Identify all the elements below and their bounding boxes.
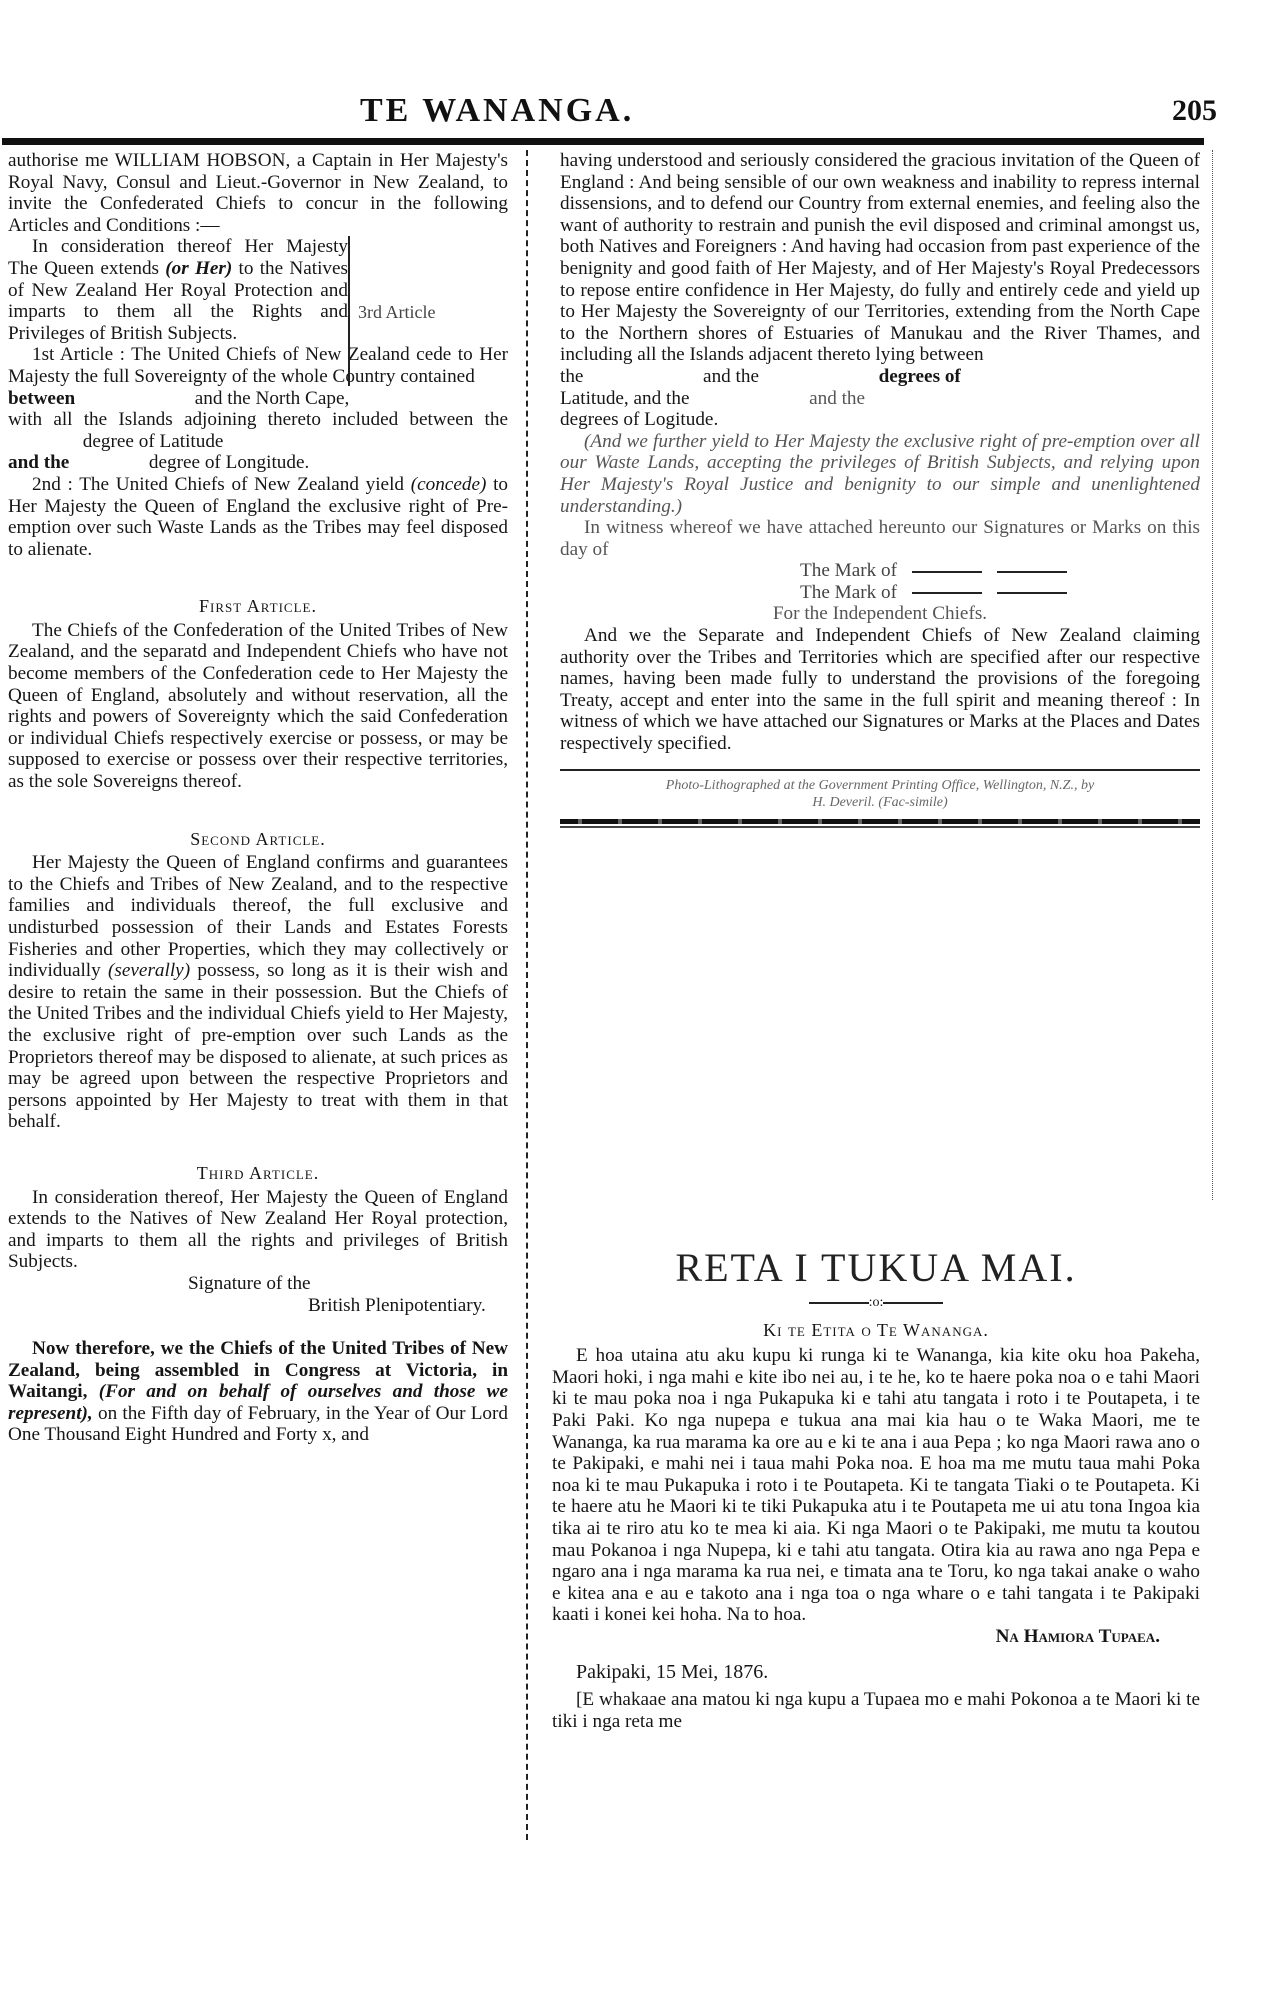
second-italic: (concede) xyxy=(411,474,487,495)
signature-blank xyxy=(912,571,982,573)
latitude-line: Latitude, and the and the xyxy=(560,388,1200,410)
letter-signature: Na Hamiora Tupaea. xyxy=(552,1626,1200,1648)
mark-label-1: The Mark of xyxy=(800,560,897,581)
page-number: 205 xyxy=(1172,94,1217,128)
now-therefore-paragraph: Now therefore, we the Chiefs of the Unit… xyxy=(8,1338,508,1446)
italic-paragraph: (And we further yield to Her Majesty the… xyxy=(560,431,1200,517)
first-article-heading: First Article. xyxy=(8,596,508,618)
signature-blank xyxy=(997,592,1067,594)
second-article-body-2: possess, so long as it is their wish and… xyxy=(8,960,508,1132)
degrees-end: degrees of xyxy=(879,366,961,387)
left-column: authorise me WILLIAM HOBSON, a Captain i… xyxy=(8,150,508,1446)
mark-label-2: The Mark of xyxy=(800,582,897,603)
letter-date: Pakipaki, 15 Mei, 1876. xyxy=(552,1662,1200,1684)
first-article-paragraph: 1st Article : The United Chiefs of New Z… xyxy=(8,344,508,387)
separate-chiefs-paragraph: And we the Separate and Independent Chie… xyxy=(560,625,1200,755)
second-article-heading: Second Article. xyxy=(8,829,508,851)
independent-chiefs-line: For the Independent Chiefs. xyxy=(560,603,1200,625)
imprint-line-2: H. Deveril. (Fac-simile) xyxy=(560,794,1200,811)
bracket-text-italic: (or Her) xyxy=(165,258,232,279)
right-column: having understood and seriously consider… xyxy=(560,150,1200,828)
section-separator: :o: xyxy=(552,1292,1200,1314)
newspaper-title: TE WANANGA. xyxy=(360,92,634,130)
bracket-line xyxy=(348,236,350,386)
column-divider xyxy=(526,150,528,1840)
latitude-tail: degree of Latitude xyxy=(83,431,224,452)
printer-imprint: Photo-Lithographed at the Government Pri… xyxy=(560,769,1200,811)
longitude-line-right: degrees of Logitude. xyxy=(560,409,1200,431)
signature-blank xyxy=(912,592,982,594)
degrees-start: the xyxy=(560,366,583,387)
bracket-text: In consideration thereof Her Majesty The… xyxy=(8,236,348,344)
second-article-italic: (severally) xyxy=(108,960,190,981)
between-line: between and the North Cape, xyxy=(8,388,508,410)
degrees-mid: and the xyxy=(703,366,759,387)
letter-section: RETA I TUKUA MAI. :o: Ki te Etita o Te W… xyxy=(552,1232,1200,1732)
third-article-body: In consideration thereof, Her Majesty th… xyxy=(8,1187,508,1273)
longitude-line: and the degree of Longitude. xyxy=(8,452,508,474)
second-pre: 2nd : The United Chiefs of New Zealand y… xyxy=(32,474,404,495)
mark-line-2: The Mark of xyxy=(560,582,1200,604)
letter-salutation: Ki te Etita o Te Wananga. xyxy=(552,1320,1200,1342)
signature-line-1: Signature of the xyxy=(8,1273,508,1295)
latitude-end: and the xyxy=(809,388,865,409)
second-paragraph: 2nd : The United Chiefs of New Zealand y… xyxy=(8,474,508,560)
section-rule xyxy=(560,819,1200,824)
degrees-line: the and the degrees of xyxy=(560,366,1200,388)
editor-note: [E whakaae ana matou ki nga kupu a Tupae… xyxy=(552,1689,1200,1732)
third-article-heading: Third Article. xyxy=(8,1163,508,1185)
letter-body: E hoa utaina atu aku kupu ki runga ki te… xyxy=(552,1345,1200,1626)
between-start: between xyxy=(8,388,75,409)
bracket-label: 3rd Article xyxy=(358,302,435,324)
longitude-end: degree of Longitude. xyxy=(149,452,309,473)
signature-blank xyxy=(997,571,1067,573)
between-end: and the North Cape, xyxy=(195,388,350,409)
islands-line: with all the Islands adjoining thereto i… xyxy=(8,409,508,452)
masthead: TE WANANGA. 205 xyxy=(0,92,1280,132)
third-article-bracket: In consideration thereof Her Majesty The… xyxy=(8,236,348,344)
signature-line-2: British Plenipotentiary. xyxy=(8,1295,508,1317)
islands-text: with all the Islands adjoining thereto i… xyxy=(8,409,508,430)
right-margin-rule xyxy=(1212,150,1213,1200)
mark-line-1: The Mark of xyxy=(560,560,1200,582)
longitude-start: and the xyxy=(8,452,69,473)
imprint-line-1: Photo-Lithographed at the Government Pri… xyxy=(560,777,1200,794)
separator-glyph: :o: xyxy=(869,1295,884,1310)
intro-paragraph: authorise me WILLIAM HOBSON, a Captain i… xyxy=(8,150,508,236)
letter-section-title: RETA I TUKUA MAI. xyxy=(552,1246,1200,1290)
latitude-start: Latitude, and the xyxy=(560,388,689,409)
first-article-body: The Chiefs of the Confederation of the U… xyxy=(8,620,508,793)
witness-paragraph: In witness whereof we have attached here… xyxy=(560,517,1200,560)
second-article-body: Her Majesty the Queen of England confirm… xyxy=(8,852,508,1133)
masthead-rule xyxy=(2,138,1204,145)
right-paragraph-1: having understood and seriously consider… xyxy=(560,150,1200,366)
section-rule-thin xyxy=(560,826,1200,828)
